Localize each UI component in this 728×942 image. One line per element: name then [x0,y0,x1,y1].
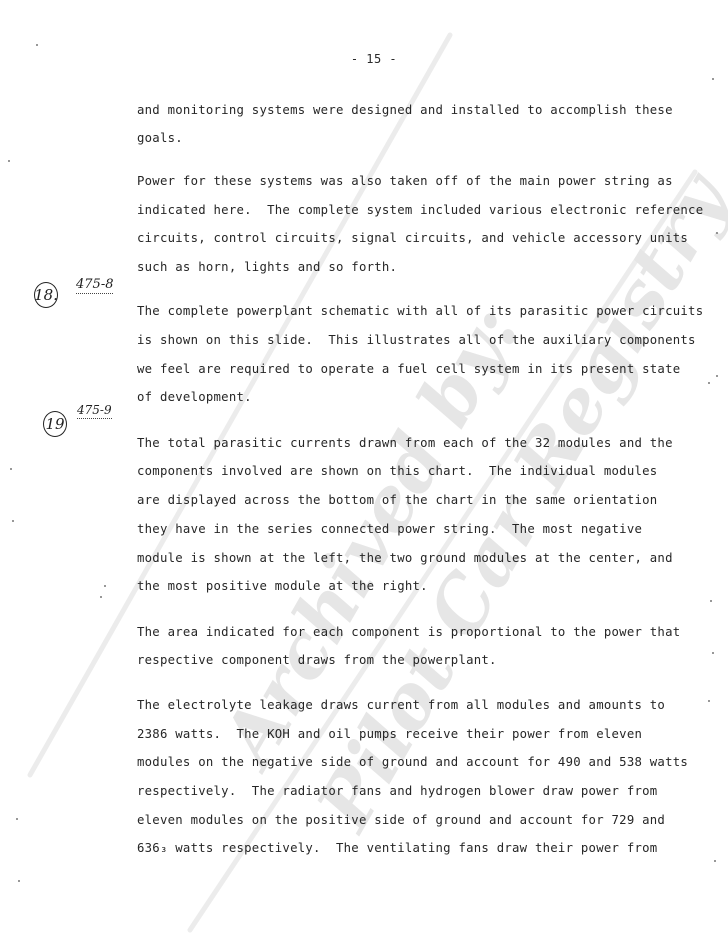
text-line: of development. [137,390,252,404]
document-page: Archived by: Pilot Car Registry - 15 - a… [0,0,728,942]
scan-speck [708,700,710,702]
scan-speck [18,880,20,882]
scan-speck [710,600,712,602]
text-line: the most positive module at the right. [137,579,428,593]
scan-speck [708,382,710,384]
page-number: - 15 - [0,52,728,66]
text-line: 2386 watts. The KOH and oil pumps receiv… [137,727,642,741]
text-line: they have in the series connected power … [137,522,642,536]
slide-reference: 475-8 [76,277,113,294]
text-line: Power for these systems was also taken o… [137,174,673,188]
text-line: The electrolyte leakage draws current fr… [137,698,665,712]
scan-speck [8,160,10,162]
text-line: and monitoring systems were designed and… [137,103,673,117]
text-line: 636₃ watts respectively. The ventilating… [137,841,657,855]
slide-number-circle: 18. [34,282,58,308]
text-line: circuits, control circuits, signal circu… [137,231,688,245]
scan-speck [712,652,714,654]
slide-reference: 475-9 [77,403,112,419]
text-line: respective component draws from the powe… [137,653,497,667]
text-line: components involved are shown on this ch… [137,464,657,478]
text-line: The area indicated for each component is… [137,625,680,639]
scan-speck [36,44,38,46]
text-line: eleven modules on the positive side of g… [137,813,665,827]
text-line: such as horn, lights and so forth. [137,260,397,274]
scan-speck [714,860,716,862]
scan-speck [10,468,12,470]
scan-speck [712,78,714,80]
text-line: indicated here. The complete system incl… [137,203,703,217]
text-line: module is shown at the left, the two gro… [137,551,673,565]
text-line: The complete powerplant schematic with a… [137,304,703,318]
text-line: goals. [137,131,183,145]
text-line: are displayed across the bottom of the c… [137,493,657,507]
text-line: modules on the negative side of ground a… [137,755,688,769]
text-line: we feel are required to operate a fuel c… [137,362,680,376]
scan-speck [100,596,102,598]
scan-speck [104,585,106,587]
text-line: The total parasitic currents drawn from … [137,436,673,450]
scan-speck [716,232,718,234]
text-line: respectively. The radiator fans and hydr… [137,784,657,798]
scan-speck [716,375,718,377]
scan-speck [16,818,18,820]
scan-speck [12,520,14,522]
text-line: is shown on this slide. This illustrates… [137,333,696,347]
slide-number-circle: 19 [43,411,67,437]
